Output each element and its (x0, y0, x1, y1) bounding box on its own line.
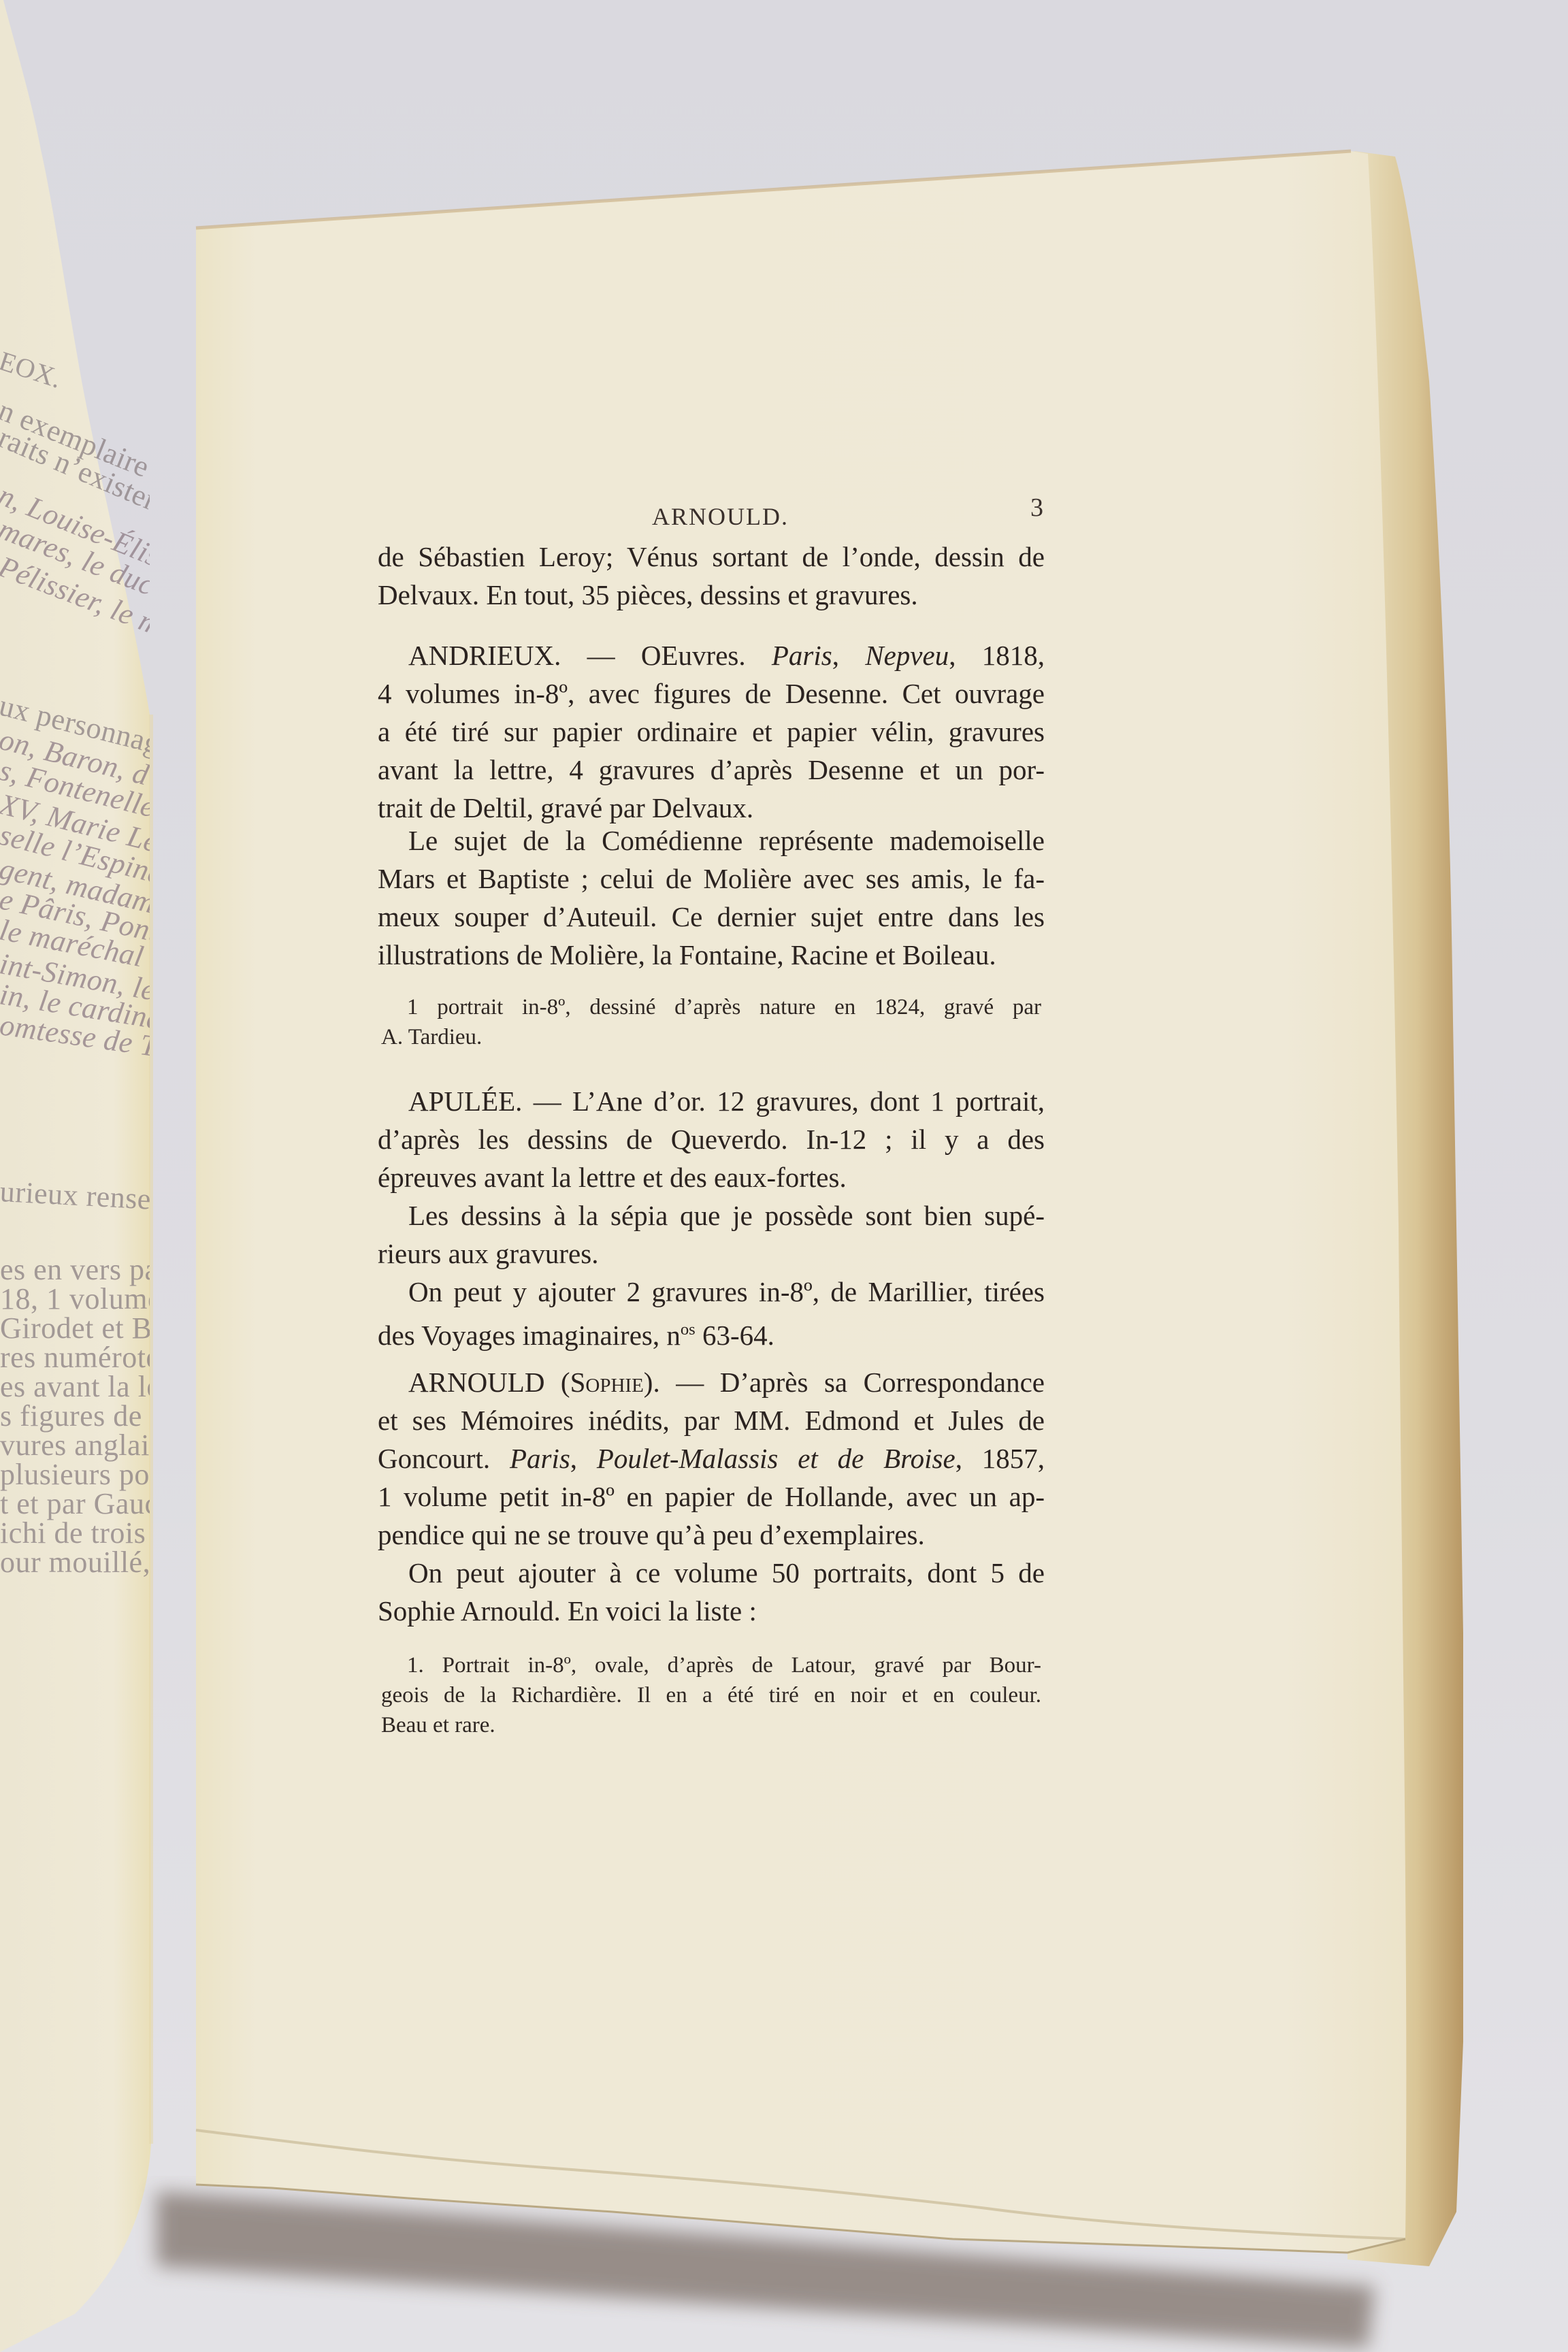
text-line: meux souper d’Auteuil. Ce dernier sujet … (378, 898, 1045, 936)
footnote-line: 1 portrait in-8º, dessiné d’après nature… (407, 992, 1041, 1022)
text-line: Delvaux. En tout, 35 pièces, dessins et … (378, 576, 1045, 614)
text: des Voyages imaginaires, n (378, 1320, 681, 1351)
imprint-place: Paris (510, 1443, 570, 1474)
text-line: épreuves avant la lettre et des eaux-for… (378, 1158, 1045, 1196)
text-line: Goncourt. Paris, Poulet-Malassis et de B… (378, 1439, 1045, 1477)
imprint-place: Paris (772, 640, 832, 671)
entry-title: ARNOULD ( (408, 1367, 570, 1398)
entry-arnould-heading: ARNOULD (Sophie). — D’après sa Correspon… (408, 1363, 1045, 1401)
entry-apulee-heading: APULÉE. — L’Ane d’or. 12 gravures, dont … (408, 1082, 1045, 1120)
footnote-line: A. Tardieu. (381, 1022, 1041, 1052)
imprint-publisher: Nepveu (865, 640, 949, 671)
list-item-line: 1. Portrait in-8º, ovale, d’après de Lat… (407, 1650, 1041, 1680)
imprint-publisher: Poulet-Malassis et de Broise (597, 1443, 955, 1474)
text-line: Mars et Baptiste ; celui de Molière avec… (378, 860, 1045, 898)
text-line: et ses Mémoires inédits, par MM. Edmond … (378, 1401, 1045, 1439)
superscript: os (681, 1320, 696, 1339)
imprint-year: 1818, (982, 640, 1045, 671)
text-line: avant la lettre, 4 gravures d’après Dese… (378, 751, 1045, 789)
entry-title: ANDRIEUX. — OEuvres. (408, 640, 772, 671)
text: Goncourt. (378, 1443, 510, 1474)
text-line: Sophie Arnould. En voici la liste : (378, 1592, 1045, 1630)
text-line: Le sujet de la Comédienne représente mad… (408, 821, 1045, 860)
imprint-year: , 1857, (955, 1443, 1045, 1474)
text-line: Les dessins à la sépia que je possède so… (408, 1196, 1045, 1235)
entry-forename: Sophie (570, 1367, 644, 1398)
page-number: 3 (1030, 493, 1043, 523)
list-item-line: Beau et rare. (381, 1710, 1041, 1740)
text-line: rieurs aux gravures. (378, 1235, 1045, 1273)
text-line: 4 volumes in-8º, avec figures de Desenne… (378, 674, 1045, 713)
text: 63-64. (696, 1320, 774, 1351)
text-line: des Voyages imaginaires, nos 63-64. (378, 1311, 1045, 1354)
text-line: de Sébastien Leroy; Vénus sortant de l’o… (378, 538, 1045, 576)
text-line: d’après les dessins de Queverdo. In-12 ;… (378, 1120, 1045, 1158)
text-line: illustrations de Molière, la Fontaine, R… (378, 936, 1045, 974)
text-line: 1 volume petit in-8º en papier de Hollan… (378, 1477, 1045, 1516)
entry-andrieux-heading: ANDRIEUX. — OEuvres. Paris, Nepveu, 1818… (408, 636, 1045, 674)
right-page: ARNOULD. 3 de Sébastien Leroy; Vénus sor… (0, 0, 1568, 2352)
text-line: a été tiré sur papier ordinaire et papie… (378, 713, 1045, 751)
text: ). — D’après sa Correspondance (644, 1367, 1045, 1398)
text-line: On peut y ajouter 2 gravures in-8º, de M… (408, 1273, 1045, 1311)
text-line: pendice qui ne se trouve qu’à peu d’exem… (378, 1516, 1045, 1554)
running-head: ARNOULD. (652, 502, 789, 531)
page-text: ARNOULD. 3 de Sébastien Leroy; Vénus sor… (0, 0, 1568, 2352)
text-line: On peut ajouter à ce volume 50 portraits… (408, 1554, 1045, 1592)
list-item-line: geois de la Richardière. Il en a été tir… (381, 1680, 1041, 1710)
